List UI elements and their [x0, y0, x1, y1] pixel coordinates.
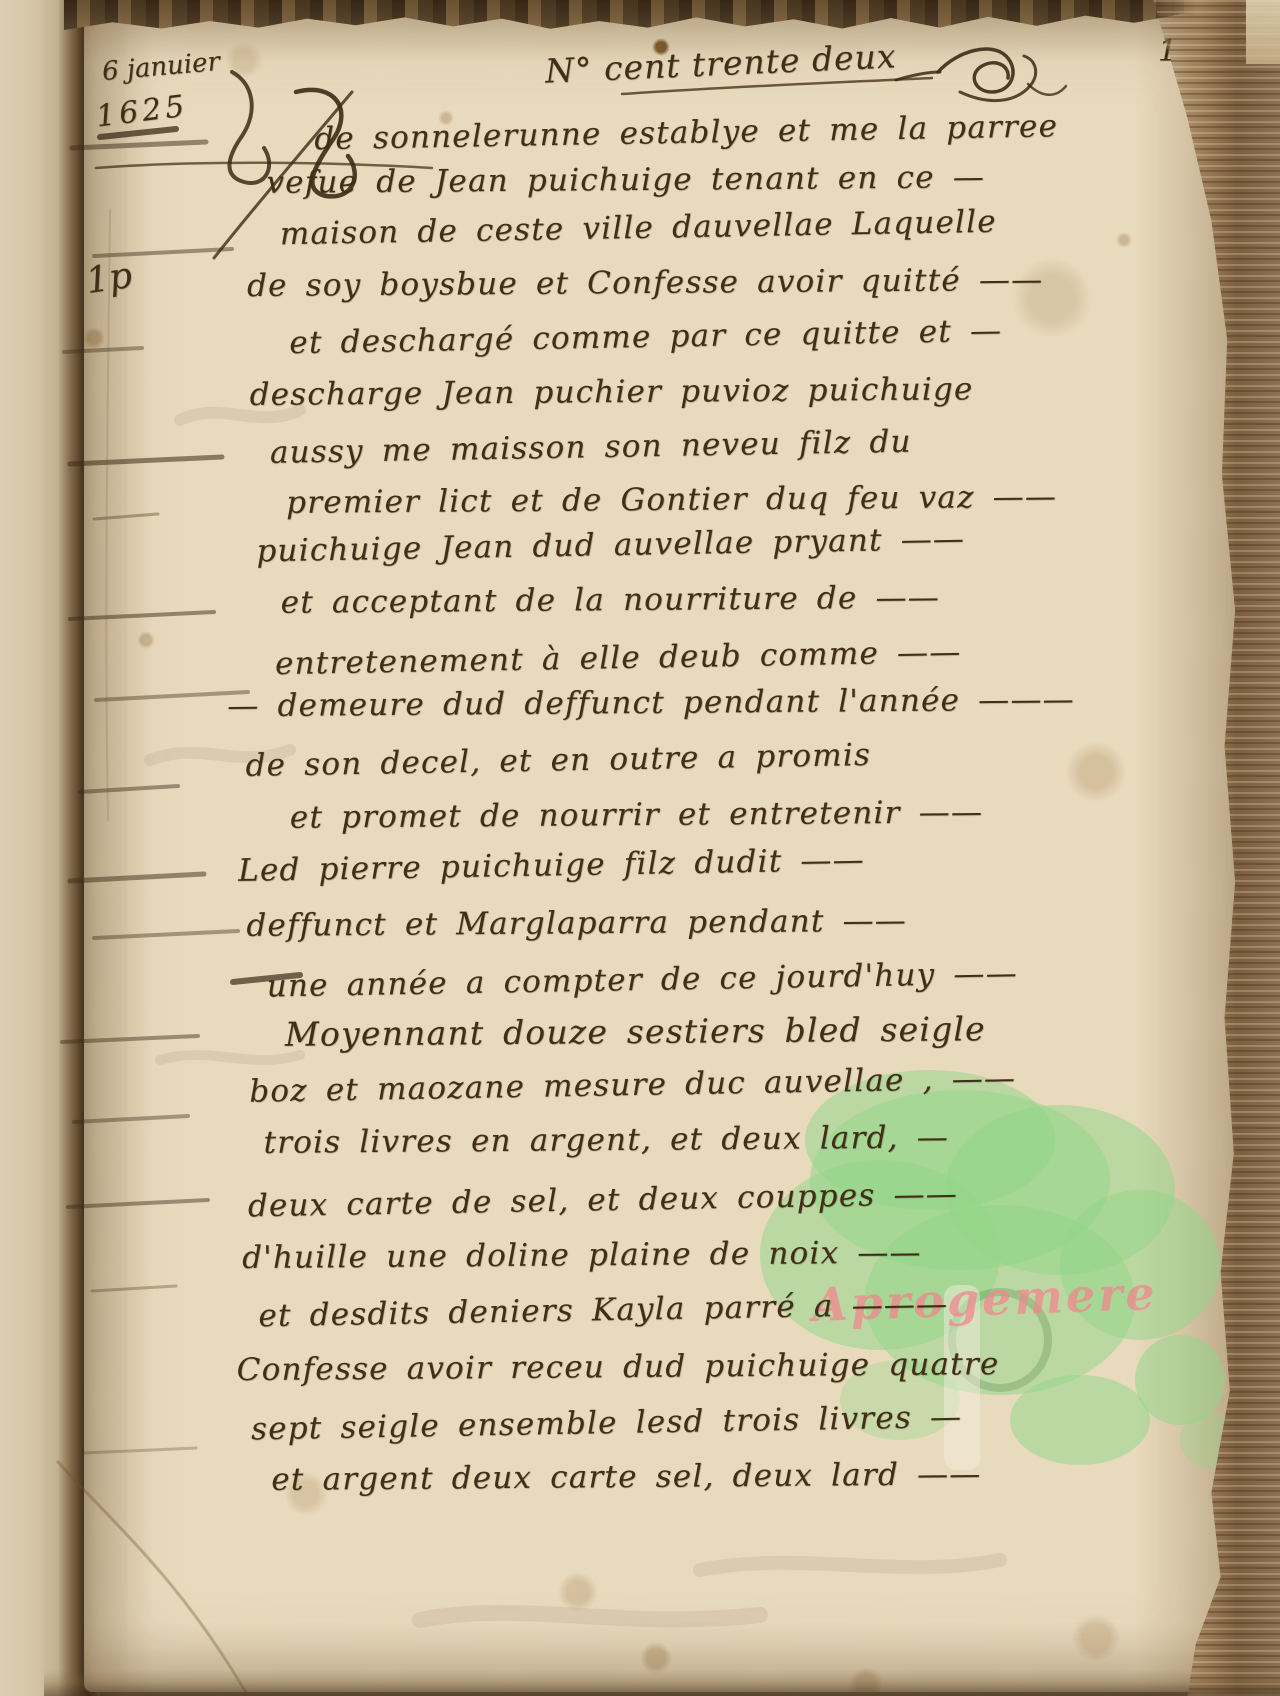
manuscript-line: de soy boysbue et Confesse avoir quitté … [247, 265, 1043, 302]
manuscript-line: boz et maozane mesure duc auvellae , —— [249, 1063, 1016, 1107]
manuscript-line: descharge Jean puchier puvioz puichuige [250, 374, 974, 411]
manuscript-line: puichuige Jean dud auvellae pryant —— [256, 524, 965, 567]
manuscript-line: Confesse avoir receu dud puichuige quatr… [237, 1349, 1000, 1386]
underlying-page-corner [1246, 0, 1280, 64]
manuscript-line: et argent deux carte sel, deux lard —— [271, 1459, 981, 1496]
page-bottom-edge [44, 1670, 1280, 1696]
manuscript-line: entretenement à elle deub comme —— [275, 637, 962, 680]
act-body-text: de sonnelerunne establye et me la parree… [0, 0, 1280, 1696]
manuscript-line: sept seigle ensemble lesd trois livres — [251, 1402, 963, 1445]
manuscript-line: d'huille une doline plaine de noix —— [242, 1238, 922, 1274]
manuscript-line: Led pierre puichuige filz dudit —— [238, 845, 865, 887]
manuscript-line: deffunct et Marglaparra pendant —— [246, 906, 907, 942]
manuscript-line: et promet de nourrir et entretenir —— [290, 797, 983, 833]
manuscript-line: aussy me maisson son neveu filz du [270, 427, 912, 469]
manuscript-photo: Aprogemere [0, 0, 1280, 1696]
manuscript-line: de sonnelerunne establye et me la parree [314, 111, 1058, 155]
manuscript-line: et deschargé comme par ce quitte et — [289, 316, 1002, 359]
manuscript-line: et desdits deniers Kayla parré a ——— [258, 1289, 948, 1332]
manuscript-line: et acceptant de la nourriture de —— [281, 583, 940, 619]
manuscript-line: maison de ceste ville dauvellae Laquelle [280, 207, 997, 251]
manuscript-line: premier lict et de Gontier duq feu vaz —… [286, 482, 1057, 519]
manuscript-line: — demeure dud deffunct pendant l'année —… [227, 685, 1075, 723]
manuscript-line: deux carte de sel, et deux couppes —— [248, 1179, 959, 1222]
manuscript-line: de son decel, et en outre a promis [245, 740, 871, 782]
manuscript-line: Moyennant douze sestiers bled seigle [285, 1012, 986, 1051]
manuscript-line: vefue de Jean puichuige tenant en ce — [266, 162, 985, 199]
manuscript-line: trois livres en argent, et deux lard, — [263, 1122, 949, 1158]
manuscript-line: une année a compter de ce jourd'huy —— [266, 958, 1018, 1002]
